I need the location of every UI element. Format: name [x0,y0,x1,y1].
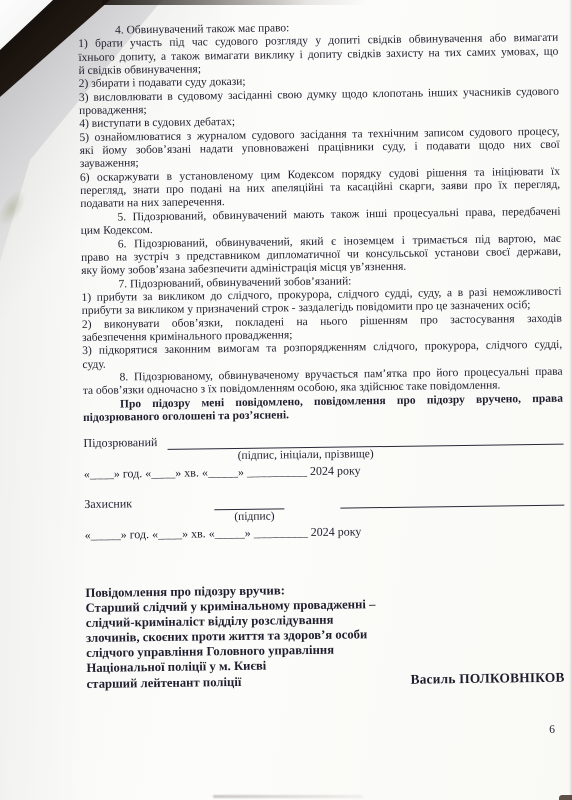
bottom-smudge [213,795,363,798]
issuer-name: Василь ПОЛКОВНІКОВ [410,670,566,687]
body-text: 4. Обвинувачений також має право:1) брат… [78,19,563,426]
issuer-block: Повідомлення про підозру вручив:Старший … [85,580,566,692]
suspect-signature-line [167,431,563,450]
document-page: 4. Обвинувачений також має право:1) брат… [0,0,572,800]
defender-signature-caption: (підпис) [199,510,309,523]
document-text-layer: 4. Обвинувачений також має право:1) брат… [78,19,567,693]
issuer-lines: Повідомлення про підозру вручив:Старший … [85,580,566,676]
signature-section: Підозрюваний (підпис, ініціали, прізвище… [83,430,564,543]
top-edge-shadow [102,0,367,5]
defender-label: Захисник [84,497,132,513]
issuer-rank: старший лейтенант поліції [87,675,242,692]
defender-signature-row: Захисник [84,491,564,512]
suspect-datetime-line: «____» год. «____» хв. «_____» _________… [84,461,564,482]
defender-signature-line-long [340,492,564,509]
bottom-right-mark [559,795,572,800]
suspect-label: Підозрюваний [83,435,157,451]
suspect-signature-caption: (підпис, ініціали, прізвище) [166,448,446,464]
page-number: 6 [549,724,555,736]
defender-datetime-line: «_____» год. «____» хв. «_____» ________… [85,522,565,543]
suspect-signature-row: Підозрюваний [83,430,563,451]
defender-signature-line-short [214,496,284,511]
